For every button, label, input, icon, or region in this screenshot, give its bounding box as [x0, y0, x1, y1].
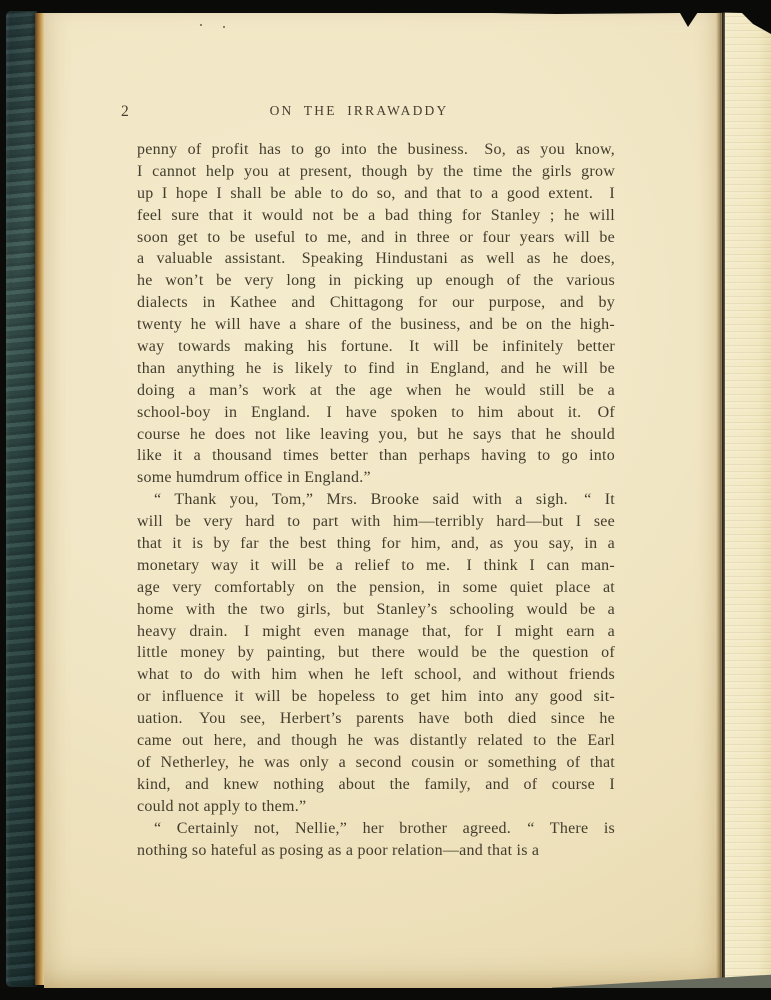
- text-line: soon get to be useful to me, and in thre…: [137, 227, 615, 249]
- text-line: or influence it will be hopeless to get …: [137, 686, 615, 708]
- text-line: heavy drain. I might even manage that, f…: [137, 621, 615, 643]
- text-line: like it a thousand times better than per…: [137, 445, 615, 467]
- photo-bottom-edge: [0, 988, 771, 1000]
- text-line: I cannot help you at present, though by …: [137, 161, 615, 183]
- page-stack-edges: [725, 9, 771, 989]
- text-line: some humdrum office in England.”: [137, 467, 615, 489]
- text-line: home with the two girls, but Stanley’s s…: [137, 599, 615, 621]
- text-line: that it is by far the best thing for him…: [137, 533, 615, 555]
- text-line: school-boy in England. I have spoken to …: [137, 402, 615, 424]
- text-line: he won’t be very long in picking up enou…: [137, 270, 615, 292]
- text-line: penny of profit has to go into the busin…: [137, 139, 615, 161]
- body-text: penny of profit has to go into the busin…: [137, 139, 615, 861]
- text-line: will be very hard to part with him—terri…: [137, 511, 615, 533]
- page-number: 2: [121, 103, 129, 121]
- text-line: little money by painting, but there woul…: [137, 642, 615, 664]
- paper-specks: [200, 24, 202, 26]
- text-line: of Netherley, he was only a second cousi…: [137, 752, 615, 774]
- running-title: ON THE IRRAWADDY: [137, 103, 615, 119]
- text-line: way towards making his fortune. It will …: [137, 336, 615, 358]
- text-line: up I hope I shall be able to do so, and …: [137, 183, 615, 205]
- book-cover-edge: [6, 11, 37, 987]
- text-line: a valuable assistant. Speaking Hindustan…: [137, 248, 615, 270]
- text-line: came out here, and though he was distant…: [137, 730, 615, 752]
- text-line: kind, and knew nothing about the family,…: [137, 774, 615, 796]
- text-line: “ Thank you, Tom,” Mrs. Brooke said with…: [137, 489, 615, 511]
- text-line: dialects in Kathee and Chittagong for ou…: [137, 292, 615, 314]
- text-line: than anything he is likely to find in En…: [137, 358, 615, 380]
- book-photo-scene: 2 ON THE IRRAWADDY penny of profit has t…: [0, 0, 771, 1000]
- gutter-crease: [716, 10, 725, 988]
- text-line: course he does not like leaving you, but…: [137, 424, 615, 446]
- text-line: uation. You see, Herbert’s parents have …: [137, 708, 615, 730]
- text-line: what to do with him when he left school,…: [137, 664, 615, 686]
- book-page: 2 ON THE IRRAWADDY penny of profit has t…: [44, 13, 722, 988]
- text-line: twenty he will have a share of the busin…: [137, 314, 615, 336]
- text-line: feel sure that it would not be a bad thi…: [137, 205, 615, 227]
- text-line: nothing so hateful as posing as a poor r…: [137, 840, 615, 862]
- text-line: doing a man’s work at the age when he wo…: [137, 380, 615, 402]
- text-line: age very comfortably on the pension, in …: [137, 577, 615, 599]
- text-line: monetary way it will be a relief to me. …: [137, 555, 615, 577]
- running-head: 2 ON THE IRRAWADDY: [137, 103, 615, 121]
- text-line: could not apply to them.”: [137, 796, 615, 818]
- text-line: “ Certainly not, Nellie,” her brother ag…: [137, 818, 615, 840]
